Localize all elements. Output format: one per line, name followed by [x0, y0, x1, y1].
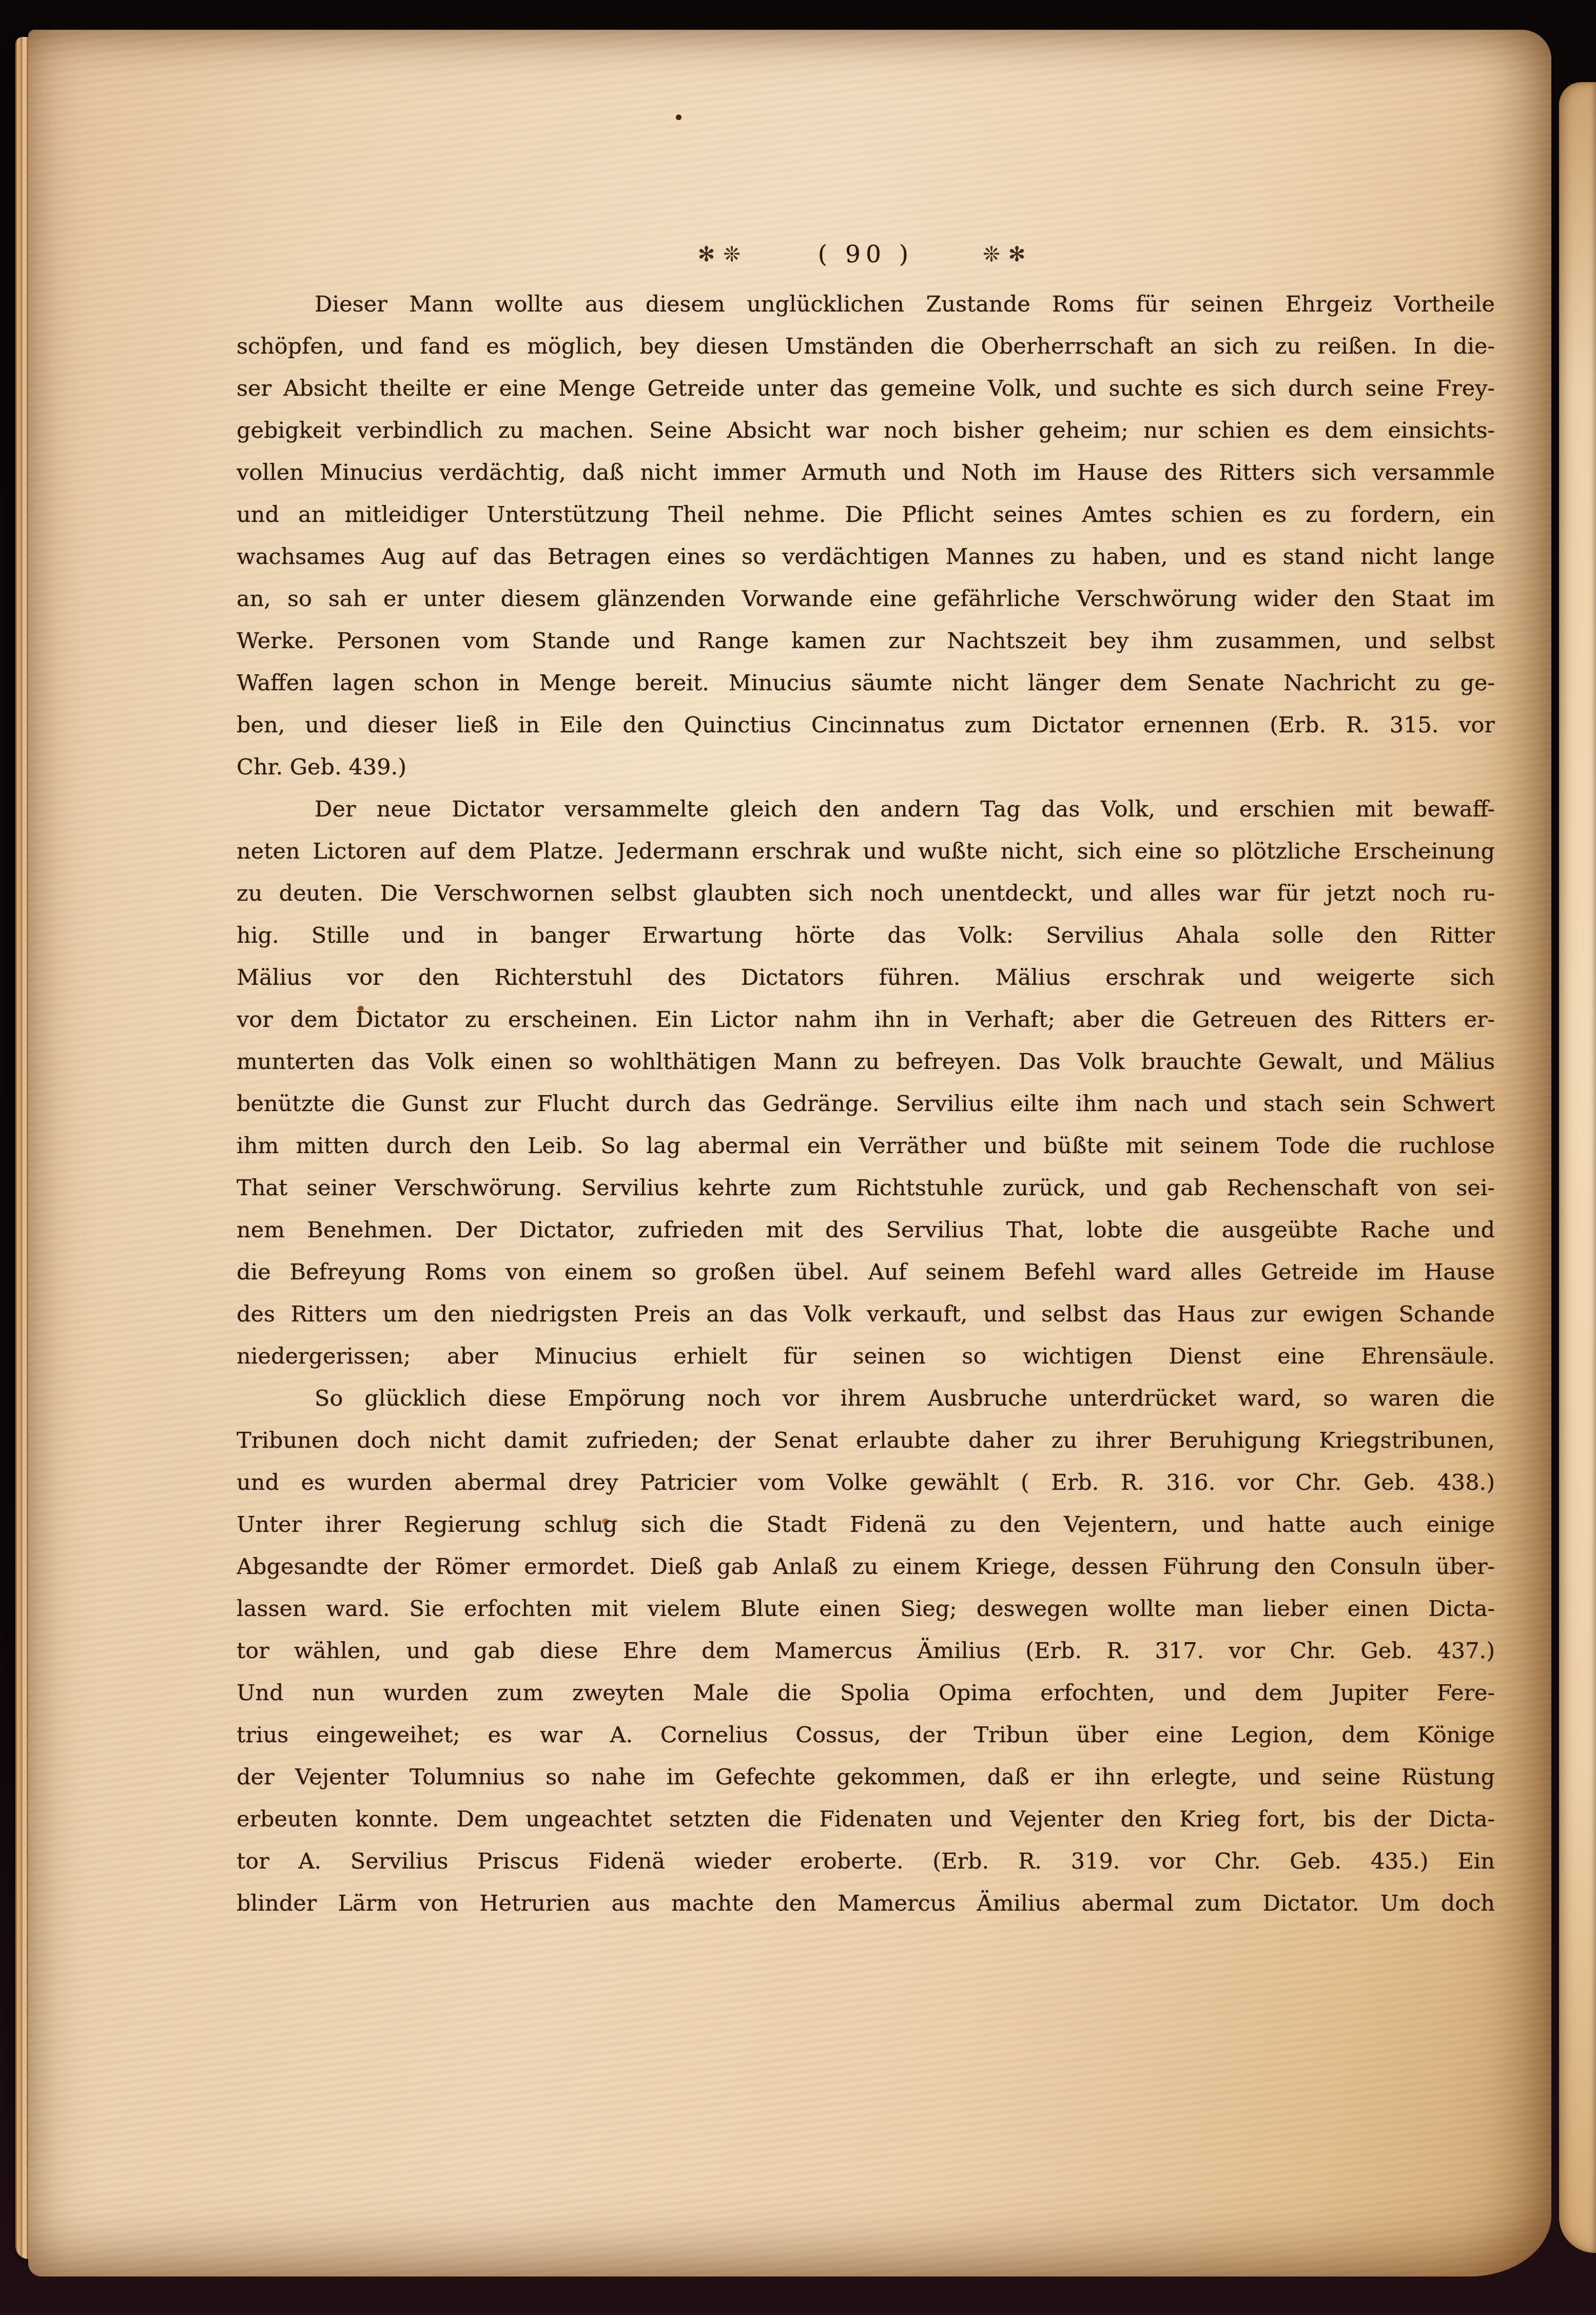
text-line: Und nun wurden zum zweyten Male die Spol… — [237, 1672, 1495, 1714]
text-line: ser Absicht theilte er eine Menge Getrei… — [237, 367, 1495, 410]
book-photo: ✻❊ ( 90 ) ❊✻ Dieser Mann wollte aus dies… — [0, 0, 1596, 2315]
text-line: Werke. Personen vom Stande und Range kam… — [237, 620, 1495, 662]
paragraph: So glücklich diese Empörung noch vor ihr… — [237, 1377, 1495, 1924]
text-line: erbeuten konnte. Dem ungeachtet setzten … — [237, 1798, 1495, 1840]
text-line: Chr. Geb. 439.) — [237, 746, 1495, 788]
text-line: lassen ward. Sie erfochten mit vielem Bl… — [237, 1588, 1495, 1630]
text-line: ihm mitten durch den Leib. So lag aberma… — [237, 1125, 1495, 1167]
text-line: niedergerissen; aber Minucius erhielt fü… — [237, 1335, 1495, 1377]
text-line: und es wurden abermal drey Patricier vom… — [237, 1462, 1495, 1504]
text-body: Dieser Mann wollte aus diesem unglücklic… — [237, 283, 1495, 1924]
text-line: Der neue Dictator versammelte gleich den… — [237, 788, 1495, 830]
text-line: vor dem Dictator zu erscheinen. Ein Lict… — [237, 999, 1495, 1041]
text-line: tor A. Servilius Priscus Fidenä wieder e… — [237, 1840, 1495, 1882]
text-line: wachsames Aug auf das Betragen eines so … — [237, 536, 1495, 578]
text-line: neten Lictoren auf dem Platze. Jedermann… — [237, 830, 1495, 872]
page-number: ( 90 ) — [818, 234, 913, 276]
text-line: Tribunen doch nicht damit zufrieden; der… — [237, 1419, 1495, 1462]
text-line: Waffen lagen schon in Menge bereit. Minu… — [237, 662, 1495, 704]
text-line: gebigkeit verbindlich zu machen. Seine A… — [237, 410, 1495, 452]
paragraph: Der neue Dictator versammelte gleich den… — [237, 788, 1495, 1377]
header-ornament-right-icon: ❊✻ — [983, 234, 1034, 276]
text-line: die Befreyung Roms von einem so großen ü… — [237, 1251, 1495, 1293]
text-line: an, so sah er unter diesem glänzenden Vo… — [237, 578, 1495, 620]
text-line: munterten das Volk einen so wohlthätigen… — [237, 1041, 1495, 1083]
text-line: tor wählen, und gab diese Ehre dem Mamer… — [237, 1630, 1495, 1672]
text-line: hig. Stille und in banger Erwartung hört… — [237, 915, 1495, 957]
text-line: nem Benehmen. Der Dictator, zufrieden mi… — [237, 1209, 1495, 1251]
text-line: Mälius vor den Richterstuhl des Dictator… — [237, 957, 1495, 999]
paragraph: Dieser Mann wollte aus diesem unglücklic… — [237, 283, 1495, 788]
text-line: der Vejenter Tolumnius so nahe im Gefech… — [237, 1756, 1495, 1798]
text-line: zu deuten. Die Verschwornen selbst glaub… — [237, 872, 1495, 915]
text-line: That seiner Verschwörung. Servilius kehr… — [237, 1167, 1495, 1209]
text-line: benützte die Gunst zur Flucht durch das … — [237, 1083, 1495, 1125]
text-line: blinder Lärm von Hetrurien aus machte de… — [237, 1882, 1495, 1924]
text-line: ben, und dieser ließ in Eile den Quincti… — [237, 704, 1495, 746]
page-header: ✻❊ ( 90 ) ❊✻ — [237, 230, 1495, 279]
text-line: Dieser Mann wollte aus diesem unglücklic… — [237, 283, 1495, 325]
next-page-edge — [1559, 82, 1596, 2253]
text-line: vollen Minucius verdächtig, daß nicht im… — [237, 452, 1495, 494]
text-line: trius eingeweihet; es war A. Cornelius C… — [237, 1714, 1495, 1756]
book-page: ✻❊ ( 90 ) ❊✻ Dieser Mann wollte aus dies… — [28, 30, 1551, 2277]
text-line: So glücklich diese Empörung noch vor ihr… — [237, 1377, 1495, 1419]
text-line: Unter ihrer Regierung schlug sich die St… — [237, 1504, 1495, 1546]
text-line: Abgesandte der Römer ermordet. Dieß gab … — [237, 1546, 1495, 1588]
foxing-speck — [676, 114, 682, 120]
text-line: und an mitleidiger Unterstützung Theil n… — [237, 494, 1495, 536]
page-text: ✻❊ ( 90 ) ❊✻ Dieser Mann wollte aus dies… — [237, 230, 1495, 1924]
text-line: schöpfen, und fand es möglich, bey diese… — [237, 325, 1495, 367]
text-line: des Ritters um den niedrigsten Preis an … — [237, 1293, 1495, 1335]
header-ornament-left-icon: ✻❊ — [698, 234, 749, 276]
